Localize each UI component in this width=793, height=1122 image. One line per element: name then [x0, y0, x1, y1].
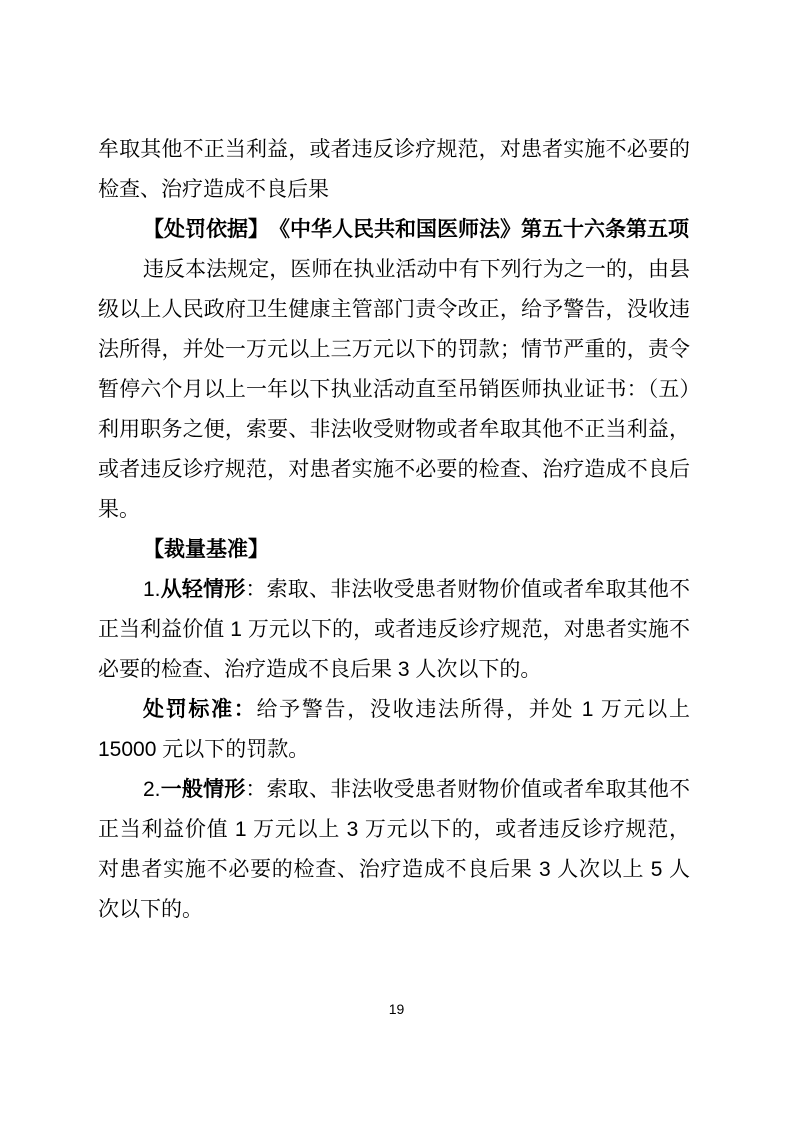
paragraph: 【裁量基准】 — [98, 530, 690, 570]
text-run: 违反本法规定，医师在执业活动中有下列行为之一的，由县级以上人民政府卫生健康主管部… — [98, 258, 690, 521]
bold-text-run: 【裁量基准】 — [143, 538, 269, 561]
paragraph: 2.一般情形：索取、非法收受患者财物价值或者牟取其他不正当利益价值 1 万元以上… — [98, 770, 690, 930]
bold-text-run: 从轻情形 — [161, 578, 246, 601]
page-number: 19 — [389, 1001, 405, 1017]
page-footer: 19 — [0, 1000, 793, 1018]
bold-text-run: 【处罚依据】 《中华人民共和国医师法》第五十六条第五项 — [143, 218, 689, 241]
text-run: 牟取其他不正当利益，或者违反诊疗规范，对患者实施不必要的检查、治疗造成不良后果 — [98, 138, 690, 201]
paragraph: 1.从轻情形：索取、非法收受患者财物价值或者牟取其他不正当利益价值 1 万元以下… — [98, 570, 690, 690]
bold-text-run: 处罚标准： — [143, 698, 256, 721]
paragraph: 违反本法规定，医师在执业活动中有下列行为之一的，由县级以上人民政府卫生健康主管部… — [98, 250, 690, 530]
text-run: 1. — [143, 578, 161, 601]
paragraph: 处罚标准：给予警告，没收违法所得，并处 1 万元以上 15000 元以下的罚款。 — [98, 690, 690, 770]
bold-text-run: 一般情形 — [161, 778, 246, 801]
document-body: 牟取其他不正当利益，或者违反诊疗规范，对患者实施不必要的检查、治疗造成不良后果【… — [98, 130, 690, 930]
paragraph: 【处罚依据】 《中华人民共和国医师法》第五十六条第五项 — [98, 210, 690, 250]
text-run: 2. — [143, 778, 161, 801]
paragraph: 牟取其他不正当利益，或者违反诊疗规范，对患者实施不必要的检查、治疗造成不良后果 — [98, 130, 690, 210]
document-page: 牟取其他不正当利益，或者违反诊疗规范，对患者实施不必要的检查、治疗造成不良后果【… — [0, 0, 793, 1122]
